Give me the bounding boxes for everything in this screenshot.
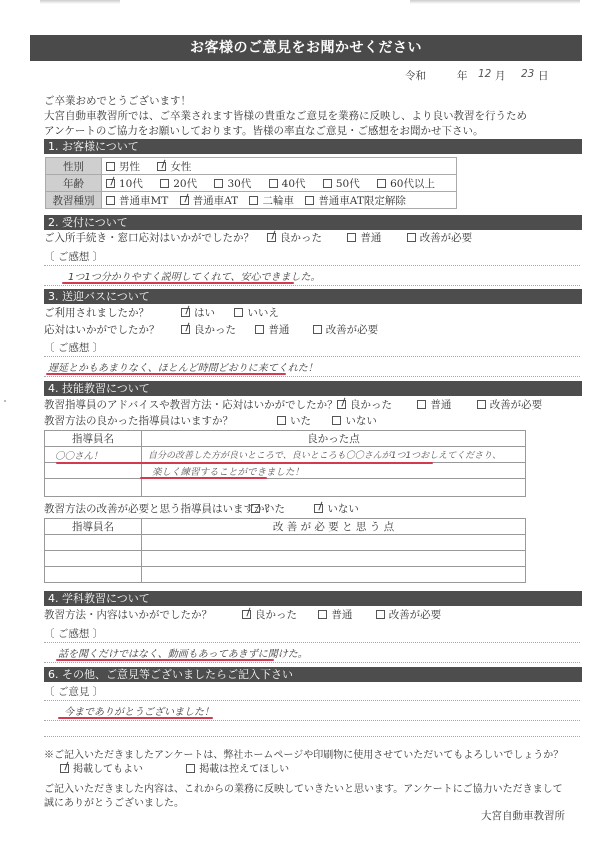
option-at-limit-removal[interactable]: 普通車AT限定解除 — [305, 193, 406, 208]
checkbox-checked-icon[interactable] — [181, 308, 190, 317]
classroom-question: 教習方法・内容はいかがでしたか？ 良かった 普通 改善が必要 — [44, 608, 212, 623]
option-yes[interactable]: いた — [251, 502, 285, 517]
checkbox-checked-icon[interactable] — [242, 610, 251, 619]
good-point-cell[interactable] — [142, 479, 526, 497]
closing-line: ご記入いただきました内容は、これからの業務に反映していきたいと思います。アンケー… — [44, 783, 584, 797]
improvement-point-cell[interactable] — [142, 567, 526, 583]
opinion-label: 〔 ご意見 〕 — [44, 684, 103, 699]
good-point-cell[interactable]: 自分の改善した方が良いところで、良いところも〇〇さんが1つ1つおしえてくださり、 — [142, 447, 526, 463]
section-header-shuttle-bus: 3. 送迎バスについて — [44, 289, 582, 304]
checkbox-icon[interactable] — [277, 416, 286, 425]
section-header-classroom-lessons: 4. 学科教習について — [44, 591, 582, 606]
bus-service-question: 応対はいかがでしたか？ 良かった 普通 改善が必要 — [44, 323, 160, 338]
reception-comment[interactable]: 1つ1つ分かりやすく説明してくれて、安心できました。 — [68, 268, 321, 283]
section-header-customer: 1. お客様について — [44, 139, 582, 154]
option-normal[interactable]: 普通 — [417, 398, 451, 413]
day-input[interactable]: 23 — [521, 68, 534, 80]
checkbox-icon[interactable] — [417, 400, 426, 409]
gender-options: 男性 女性 — [102, 158, 457, 175]
intro-line: 大宮自動車教習所では、ご卒業されます皆様の貴重なご意見を業務に反映し、より良い教… — [44, 109, 584, 124]
checkbox-icon[interactable] — [377, 179, 386, 188]
divider — [44, 265, 580, 266]
instructor-name-cell[interactable] — [45, 479, 142, 497]
option-10s[interactable]: 10代 — [106, 176, 143, 191]
option-yes[interactable]: いた — [277, 414, 311, 429]
checkbox-icon[interactable] — [318, 610, 327, 619]
age-options: 10代 20代 30代 40代 50代 60代以上 — [102, 175, 457, 192]
option-allow-publish[interactable]: 掲載してもよい — [60, 763, 143, 777]
impression-label: 〔 ご感想 〕 — [44, 249, 103, 264]
other-comment[interactable]: 今までありがとうございました！ — [64, 703, 214, 718]
checkbox-checked-icon[interactable] — [106, 179, 115, 188]
checkbox-checked-icon[interactable] — [337, 400, 346, 409]
checkbox-icon[interactable] — [323, 179, 332, 188]
checkbox-checked-icon[interactable] — [180, 196, 189, 205]
improvement-point-cell[interactable] — [142, 535, 526, 551]
option-good[interactable]: 良かった — [181, 323, 236, 338]
bad-instructor-question: 教習方法の改善が必要と思う指導員はいますか？ いた いない — [44, 502, 275, 517]
checkbox-icon[interactable] — [255, 325, 264, 334]
impression-label: 〔 ご感想 〕 — [44, 340, 103, 355]
red-underline — [62, 282, 294, 284]
option-motorcycle[interactable]: 二輪車 — [249, 193, 294, 208]
instructor-name-cell[interactable]: 〇〇さん！ — [45, 447, 142, 463]
checkbox-icon[interactable] — [186, 764, 195, 773]
col-improvement-points: 改 善 が 必 要 と 思 う 点 — [142, 519, 526, 535]
section-header-driving-lessons: 4. 技能教習について — [44, 381, 582, 396]
option-needs-improvement[interactable]: 改善が必要 — [407, 231, 473, 246]
red-underline — [56, 659, 274, 661]
consent-options: 掲載してもよい 掲載は控えてほしい — [60, 763, 595, 777]
checkbox-checked-icon[interactable] — [267, 233, 276, 242]
shuttle-comment[interactable]: 遅延とかもあまりなく、ほとんど時間どおりに来てくれた！ — [48, 359, 318, 374]
year-label: 年 — [457, 68, 468, 83]
reception-question: ご入所手続き・窓口応対はいかがでしたか？ 良かった 普通 改善が必要 — [44, 231, 254, 246]
month-input[interactable]: 12 — [478, 68, 491, 80]
improvement-point-cell[interactable] — [142, 551, 526, 567]
checkbox-checked-icon[interactable] — [181, 325, 190, 334]
impression-label: 〔 ご感想 〕 — [44, 626, 103, 641]
option-female[interactable]: 女性 — [157, 159, 191, 174]
course-type-options: 普通車MT 普通車AT 二輪車 普通車AT限定解除 — [102, 192, 457, 209]
option-60s-plus[interactable]: 60代以上 — [377, 176, 435, 191]
divider — [44, 736, 580, 737]
option-decline-publish[interactable]: 掲載は控えてほしい — [186, 763, 289, 777]
checkbox-icon[interactable] — [477, 400, 486, 409]
checkbox-icon[interactable] — [251, 504, 260, 513]
instructor-name-cell[interactable] — [45, 463, 142, 479]
instructor-name-cell[interactable] — [45, 551, 142, 567]
intro-line: ご卒業おめでとうございます！ — [44, 94, 584, 109]
month-label: 月 — [495, 68, 506, 83]
section-header-reception: 2. 受付について — [44, 215, 582, 230]
date-row: 令和 年 12 月 23 日 — [350, 68, 580, 84]
gender-label: 性別 — [46, 158, 102, 175]
option-50s[interactable]: 50代 — [323, 176, 360, 191]
section-header-other-comments: 6. その他、ご意見等ございましたらご記入下さい — [44, 667, 582, 682]
intro-text: ご卒業おめでとうございます！ 大宮自動車教習所では、ご卒業されます皆様の貴重なご… — [44, 94, 584, 139]
option-no[interactable]: いない — [314, 502, 359, 517]
option-needs-improvement[interactable]: 改善が必要 — [313, 323, 379, 338]
age-label: 年齢 — [46, 175, 102, 192]
col-instructor-name: 指導員名 — [45, 431, 142, 447]
checkbox-checked-icon[interactable] — [60, 764, 69, 773]
option-no[interactable]: いいえ — [234, 306, 279, 321]
classroom-comment[interactable]: 話を聞くだけではなく、動画もあってあきずに聞けた。 — [58, 645, 308, 660]
divider — [44, 285, 580, 286]
option-needs-improvement[interactable]: 改善が必要 — [477, 398, 543, 413]
divider — [44, 662, 580, 663]
divider — [44, 356, 580, 357]
customer-info-table: 性別 男性 女性 年齢 10代 20代 30代 40代 50代 60代以上 教習… — [45, 157, 457, 209]
checkbox-icon[interactable] — [347, 233, 356, 242]
checkbox-icon[interactable] — [106, 162, 115, 171]
scan-speck — [4, 400, 6, 402]
bad-instructor-table: 指導員名 改 善 が 必 要 と 思 う 点 — [44, 518, 526, 583]
option-good[interactable]: 良かった — [267, 231, 322, 246]
checkbox-icon[interactable] — [249, 196, 258, 205]
checkbox-checked-icon[interactable] — [157, 162, 166, 171]
checkbox-icon[interactable] — [332, 416, 341, 425]
course-type-label: 教習種別 — [46, 192, 102, 209]
red-underline — [140, 477, 267, 479]
divider — [44, 720, 580, 721]
intro-line: アンケートのご協力をお願いしております。皆様の率直なご意見・ご感想をお聞かせ下さ… — [44, 124, 584, 139]
option-30s[interactable]: 30代 — [214, 176, 251, 191]
good-instructor-question: 教習方法の良かった指導員はいますか？ いた いない — [44, 414, 233, 429]
closing-text: ご記入いただきました内容は、これからの業務に反映していきたいと思います。アンケー… — [44, 783, 584, 811]
option-20s[interactable]: 20代 — [160, 176, 197, 191]
option-normal[interactable]: 普通 — [347, 231, 381, 246]
divider — [44, 642, 580, 643]
checkbox-icon[interactable] — [376, 610, 385, 619]
instructor-name-cell[interactable] — [45, 567, 142, 583]
day-label: 日 — [538, 68, 549, 83]
option-normal[interactable]: 普通 — [318, 608, 352, 623]
instructor-name-cell[interactable] — [45, 535, 142, 551]
option-at[interactable]: 普通車AT — [180, 193, 239, 208]
option-yes[interactable]: はい — [181, 306, 215, 321]
option-mt[interactable]: 普通車MT — [106, 193, 168, 208]
col-instructor-name: 指導員名 — [45, 519, 142, 535]
checkbox-icon[interactable] — [214, 179, 223, 188]
option-no[interactable]: いない — [332, 414, 377, 429]
bus-used-question: ご利用されましたか？ はい いいえ — [44, 306, 149, 321]
checkbox-icon[interactable] — [313, 325, 322, 334]
form-title: お客様のご意見をお聞かせください — [30, 35, 582, 61]
checkbox-icon[interactable] — [234, 308, 243, 317]
checkbox-icon[interactable] — [106, 196, 115, 205]
era-label: 令和 — [405, 68, 426, 83]
option-good[interactable]: 良かった — [337, 398, 392, 413]
red-underline — [58, 717, 213, 719]
checkbox-icon[interactable] — [160, 179, 169, 188]
divider — [44, 376, 580, 377]
checkbox-icon[interactable] — [269, 179, 278, 188]
divider — [44, 700, 580, 701]
checkbox-checked-icon[interactable] — [314, 504, 323, 513]
option-male[interactable]: 男性 — [106, 159, 140, 174]
red-underline — [46, 373, 286, 375]
red-underline — [56, 462, 433, 464]
option-good[interactable]: 良かった — [242, 608, 297, 623]
instructor-advice-question: 教習指導員のアドバイスや教習方法・応対はいかがでしたか？ 良かった 普通 改善が… — [44, 398, 338, 413]
option-needs-improvement[interactable]: 改善が必要 — [376, 608, 442, 623]
col-good-points: 良かった点 — [142, 431, 526, 447]
option-normal[interactable]: 普通 — [255, 323, 289, 338]
signature: 大宮自動車教習所 — [481, 808, 565, 823]
checkbox-icon[interactable] — [407, 233, 416, 242]
option-40s[interactable]: 40代 — [269, 176, 306, 191]
consent-question: ※ご記入いただきましたアンケートは、弊社ホームページや印刷物に使用させていただい… — [44, 749, 584, 763]
checkbox-icon[interactable] — [305, 196, 314, 205]
